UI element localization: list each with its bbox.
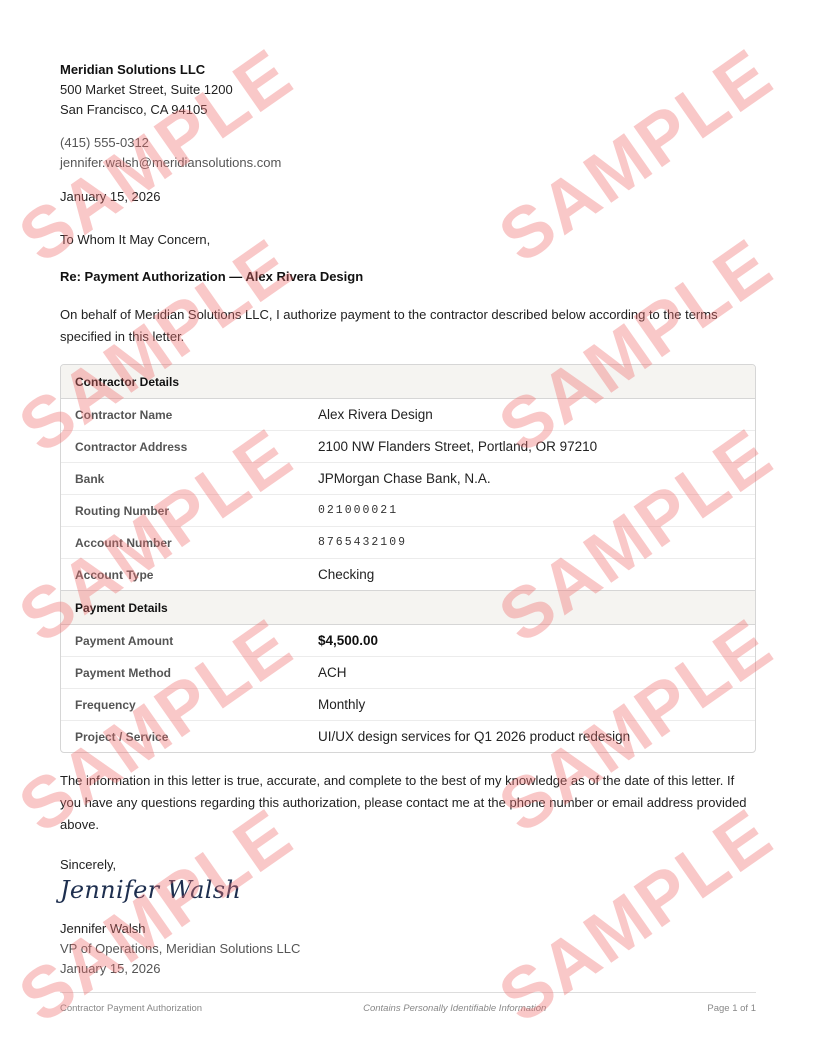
project-service-value: UI/UX design services for Q1 2026 produc… [304,721,755,753]
sender-company: Meridian Solutions LLC [60,60,233,80]
table-row: Payment Amount $4,500.00 [61,625,755,657]
sender-block: Meridian Solutions LLC 500 Market Street… [60,60,233,120]
bank-value: JPMorgan Chase Bank, N.A. [304,463,755,495]
table-row: Project / Service UI/UX design services … [61,721,755,753]
table-row: Routing Number 021000021 [61,495,755,527]
row-label: Account Type [61,559,304,591]
table-row: Account Number 8765432109 [61,527,755,559]
footer-pii-notice: Contains Personally Identifiable Informa… [363,1003,546,1014]
footer-divider [60,992,756,993]
frequency-value: Monthly [304,689,755,721]
payment-method-value: ACH [304,657,755,689]
row-label: Payment Amount [61,625,304,657]
payment-amount-value: $4,500.00 [304,625,755,657]
row-label: Bank [61,463,304,495]
sender-email: jennifer.walsh@meridiansolutions.com [60,153,281,173]
details-table: Contractor Details Contractor Name Alex … [60,364,756,753]
table-row: Contractor Address 2100 NW Flanders Stre… [61,431,755,463]
row-label: Contractor Address [61,431,304,463]
signer-title: VP of Operations, Meridian Solutions LLC [60,939,300,959]
salutation: To Whom It May Concern, [60,230,210,250]
subject-line: Re: Payment Authorization — Alex Rivera … [60,267,363,287]
intro-paragraph: On behalf of Meridian Solutions LLC, I a… [60,304,756,348]
contact-block: (415) 555-0312 jennifer.walsh@meridianso… [60,133,281,173]
row-label: Routing Number [61,495,304,527]
table-row: Contractor Name Alex Rivera Design [61,399,755,431]
contractor-address-value: 2100 NW Flanders Street, Portland, OR 97… [304,431,755,463]
row-label: Contractor Name [61,399,304,431]
section-header-payment: Payment Details [61,591,755,625]
letter-page: Meridian Solutions LLC 500 Market Street… [60,0,756,1056]
table-row: Payment Method ACH [61,657,755,689]
signer-name: Jennifer Walsh [60,919,300,939]
table-row: Account Type Checking [61,559,755,591]
section-title: Payment Details [61,591,755,625]
row-label: Frequency [61,689,304,721]
closing-phrase: Sincerely, [60,855,116,875]
letter-date: January 15, 2026 [60,187,160,207]
sender-phone: (415) 555-0312 [60,133,281,153]
contractor-name-value: Alex Rivera Design [304,399,755,431]
signer-date: January 15, 2026 [60,959,300,979]
row-label: Payment Method [61,657,304,689]
section-title: Contractor Details [61,365,755,399]
account-type-value: Checking [304,559,755,591]
closing-paragraph: The information in this letter is true, … [60,770,756,836]
routing-number-value: 021000021 [304,495,755,527]
row-label: Project / Service [61,721,304,753]
table-row: Bank JPMorgan Chase Bank, N.A. [61,463,755,495]
sender-address-line2: San Francisco, CA 94105 [60,100,233,120]
sender-address-line1: 500 Market Street, Suite 1200 [60,80,233,100]
signature: Jennifer Walsh [60,876,241,904]
account-number-value: 8765432109 [304,527,755,559]
section-header-contractor: Contractor Details [61,365,755,399]
signer-block: Jennifer Walsh VP of Operations, Meridia… [60,919,300,979]
footer-page-number: Page 1 of 1 [707,1003,756,1014]
table-row: Frequency Monthly [61,689,755,721]
footer-doc-title: Contractor Payment Authorization [60,1003,202,1014]
row-label: Account Number [61,527,304,559]
page-footer: Contractor Payment Authorization Contain… [60,1003,756,1014]
